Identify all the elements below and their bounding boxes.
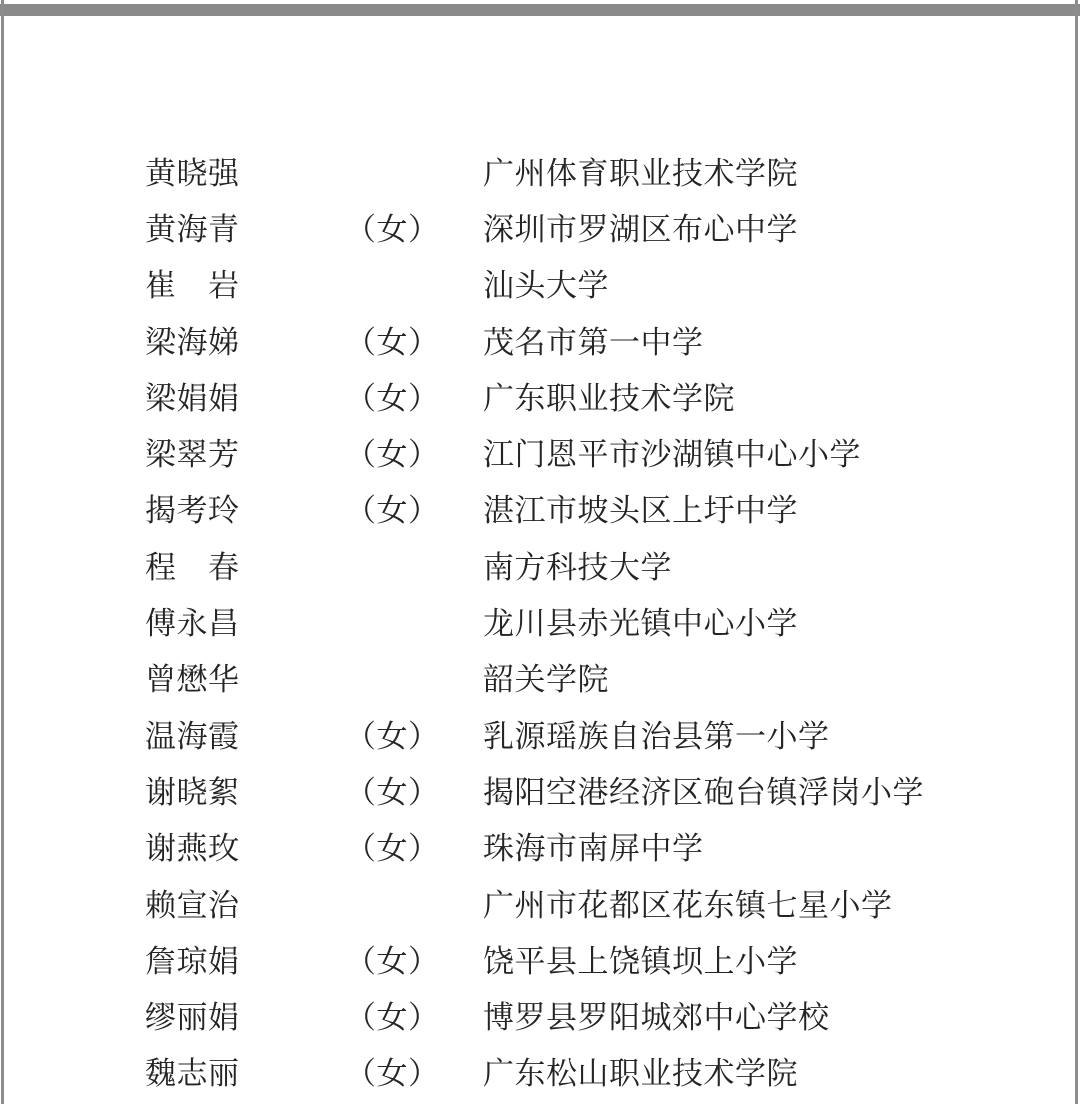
- institution-name: 广州市花都区花东镇七星小学: [483, 880, 893, 925]
- gender-marker: （女）: [345, 992, 483, 1037]
- roster-row: 梁海娣 （女） 茂名市第一中学: [0, 311, 1080, 367]
- institution-name: 广东松山职业技术学院: [483, 1048, 798, 1093]
- roster-row: 谢燕玫 （女） 珠海市南屏中学: [0, 818, 1080, 874]
- gender-marker: （女）: [345, 204, 483, 249]
- institution-name: 南方科技大学: [483, 542, 672, 587]
- roster-row: 程 春 南方科技大学: [0, 536, 1080, 592]
- institution-name: 江门恩平市沙湖镇中心小学: [483, 429, 861, 474]
- name-roster: 黄晓强 广州体育职业技术学院 黄海青 （女） 深圳市罗湖区布心中学 崔 岩 汕头…: [0, 142, 1080, 1099]
- institution-name: 揭阳空港经济区砲台镇浮岗小学: [483, 767, 924, 812]
- person-name: 谢燕玫: [145, 823, 345, 868]
- roster-row: 缪丽娟 （女） 博罗县罗阳城郊中心学校: [0, 986, 1080, 1042]
- roster-row: 崔 岩 汕头大学: [0, 255, 1080, 311]
- gender-marker: （女）: [345, 317, 483, 362]
- institution-name: 广东职业技术学院: [483, 373, 735, 418]
- institution-name: 珠海市南屏中学: [483, 823, 704, 868]
- person-name: 梁翠芳: [145, 429, 345, 474]
- gender-marker: （女）: [345, 936, 483, 981]
- person-name: 崔 岩: [145, 260, 345, 305]
- roster-row: 温海霞 （女） 乳源瑶族自治县第一小学: [0, 705, 1080, 761]
- document-page: 黄晓强 广州体育职业技术学院 黄海青 （女） 深圳市罗湖区布心中学 崔 岩 汕头…: [0, 16, 1080, 1104]
- roster-row: 谢晓絮 （女） 揭阳空港经济区砲台镇浮岗小学: [0, 761, 1080, 817]
- gender-marker: （女）: [345, 823, 483, 868]
- page-right-edge: [1075, 0, 1078, 1104]
- page-left-edge: [1, 0, 4, 1104]
- person-name: 揭考玲: [145, 485, 345, 530]
- gender-marker: （女）: [345, 485, 483, 530]
- roster-row: 黄晓强 广州体育职业技术学院: [0, 142, 1080, 198]
- institution-name: 龙川县赤光镇中心小学: [483, 598, 798, 643]
- roster-row: 梁娟娟 （女） 广东职业技术学院: [0, 367, 1080, 423]
- roster-row: 揭考玲 （女） 湛江市坡头区上圩中学: [0, 480, 1080, 536]
- person-name: 梁海娣: [145, 317, 345, 362]
- person-name: 曾懋华: [145, 654, 345, 699]
- roster-row: 梁翠芳 （女） 江门恩平市沙湖镇中心小学: [0, 423, 1080, 479]
- gender-marker: （女）: [345, 1048, 483, 1093]
- institution-name: 饶平县上饶镇坝上小学: [483, 936, 798, 981]
- person-name: 黄海青: [145, 204, 345, 249]
- institution-name: 深圳市罗湖区布心中学: [483, 204, 798, 249]
- person-name: 梁娟娟: [145, 373, 345, 418]
- person-name: 詹琼娟: [145, 936, 345, 981]
- roster-row: 詹琼娟 （女） 饶平县上饶镇坝上小学: [0, 930, 1080, 986]
- roster-row: 赖宣治 广州市花都区花东镇七星小学: [0, 874, 1080, 930]
- gender-marker: （女）: [345, 767, 483, 812]
- person-name: 魏志丽: [145, 1048, 345, 1093]
- institution-name: 博罗县罗阳城郊中心学校: [483, 992, 830, 1037]
- institution-name: 汕头大学: [483, 260, 609, 305]
- institution-name: 茂名市第一中学: [483, 317, 704, 362]
- person-name: 傅永昌: [145, 598, 345, 643]
- person-name: 黄晓强: [145, 148, 345, 193]
- gender-marker: （女）: [345, 711, 483, 756]
- person-name: 谢晓絮: [145, 767, 345, 812]
- person-name: 程 春: [145, 542, 345, 587]
- person-name: 温海霞: [145, 711, 345, 756]
- roster-row: 曾懋华 韶关学院: [0, 649, 1080, 705]
- page-separator: [0, 4, 1080, 16]
- person-name: 赖宣治: [145, 880, 345, 925]
- roster-row: 傅永昌 龙川县赤光镇中心小学: [0, 592, 1080, 648]
- gender-marker: （女）: [345, 373, 483, 418]
- gender-marker: （女）: [345, 429, 483, 474]
- institution-name: 广州体育职业技术学院: [483, 148, 798, 193]
- institution-name: 湛江市坡头区上圩中学: [483, 485, 798, 530]
- roster-row: 魏志丽 （女） 广东松山职业技术学院: [0, 1043, 1080, 1099]
- roster-row: 黄海青 （女） 深圳市罗湖区布心中学: [0, 198, 1080, 254]
- institution-name: 韶关学院: [483, 654, 609, 699]
- person-name: 缪丽娟: [145, 992, 345, 1037]
- institution-name: 乳源瑶族自治县第一小学: [483, 711, 830, 756]
